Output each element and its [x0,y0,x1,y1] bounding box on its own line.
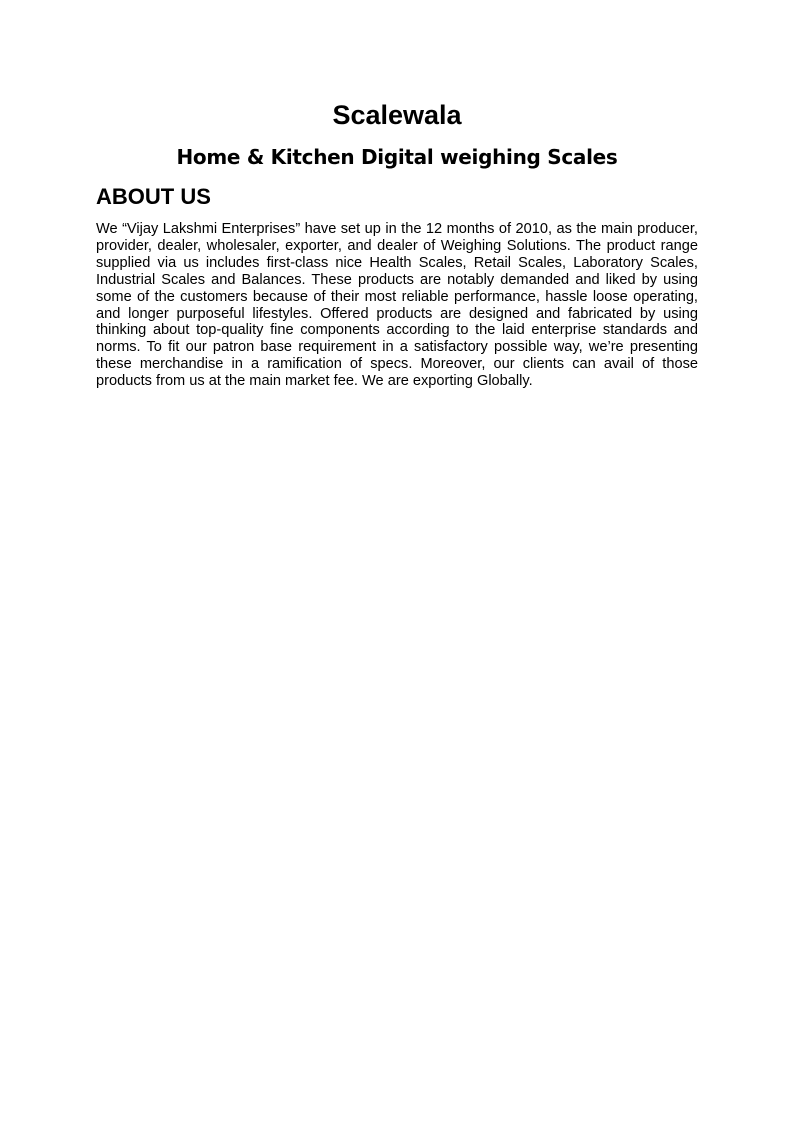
about-us-paragraph: We “Vijay Lakshmi Enterprises” have set … [96,221,698,390]
document-subtitle: Home & Kitchen Digital weighing Scales [96,142,698,172]
document-title: Scalewala [96,98,698,132]
section-heading-about-us: ABOUT US [96,183,211,211]
